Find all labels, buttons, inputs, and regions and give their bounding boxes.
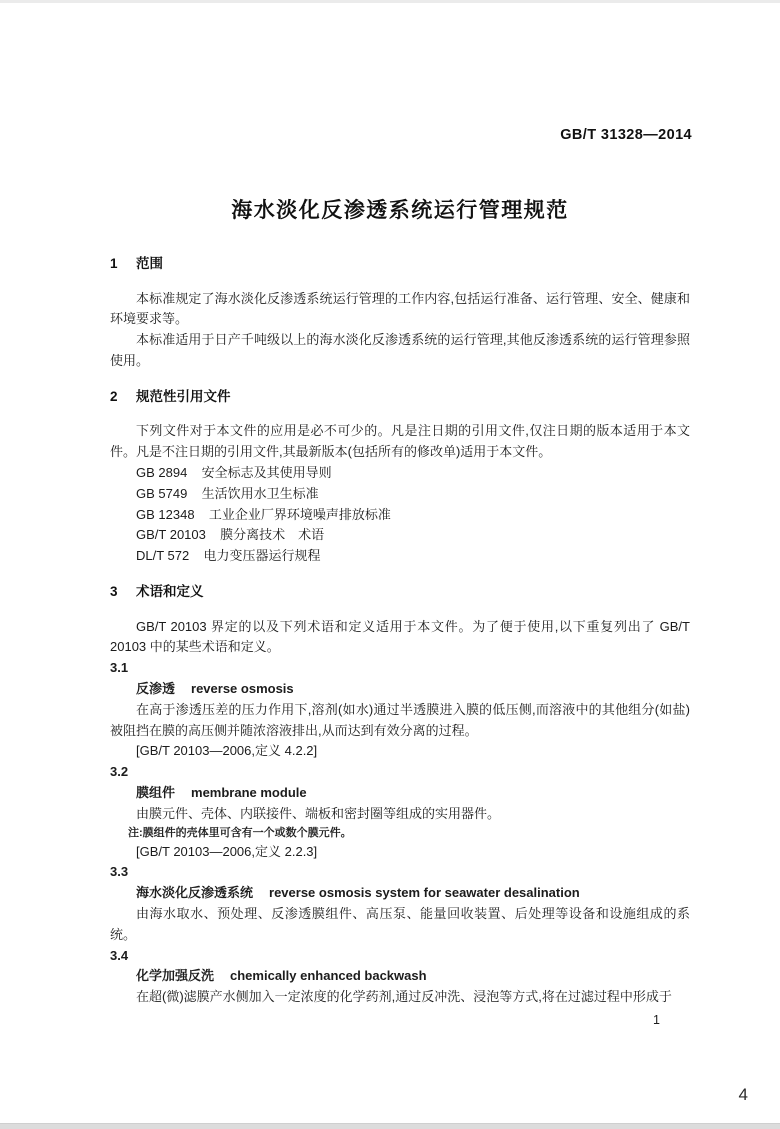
reference-item: DL/T 572电力变压器运行规程 xyxy=(110,546,690,567)
term-name-line: 膜组件membrane module xyxy=(110,783,690,804)
term-note: 注:膜组件的壳体里可含有一个或数个膜元件。 xyxy=(110,825,690,842)
scanned-page-number: 1 xyxy=(110,1010,690,1030)
term-name-cn: 膜组件 xyxy=(136,785,175,800)
term-name-line: 反渗透reverse osmosis xyxy=(110,679,690,700)
term-number: 3.1 xyxy=(110,658,690,679)
paragraph: 本标准适用于日产千吨级以上的海水淡化反渗透系统的运行管理,其他反渗透系统的运行管… xyxy=(110,330,690,372)
section-heading-scope: 1范围 xyxy=(110,253,690,275)
term-name-en: membrane module xyxy=(191,785,307,800)
reference-item: GB/T 20103膜分离技术 术语 xyxy=(110,525,690,546)
reference-item: GB 5749生活饮用水卫生标准 xyxy=(110,484,690,505)
term-entry: 3.2 膜组件membrane module 由膜元件、壳体、内联接件、端板和密… xyxy=(110,762,690,862)
term-entry: 3.4 化学加强反洗chemically enhanced backwash 在… xyxy=(110,946,690,1008)
term-name-cn: 反渗透 xyxy=(136,681,175,696)
term-definition: 由海水取水、预处理、反渗透膜组件、高压泵、能量回收装置、后处理等设备和设施组成的… xyxy=(110,904,690,946)
reference-item: GB 2894安全标志及其使用导则 xyxy=(110,463,690,484)
term-definition: 在高于渗透压差的压力作用下,溶剂(如水)通过半透膜进入膜的低压侧,而溶液中的其他… xyxy=(110,700,690,742)
section-label: 术语和定义 xyxy=(136,584,204,599)
section-number: 2 xyxy=(110,386,124,408)
paragraph: GB/T 20103 界定的以及下列术语和定义适用于本文件。为了便于使用,以下重… xyxy=(110,617,690,659)
document-body: 1范围 本标准规定了海水淡化反渗透系统运行管理的工作内容,包括运行准备、运行管理… xyxy=(110,253,690,1030)
document-title: 海水淡化反渗透系统运行管理规范 xyxy=(100,194,700,224)
document-page: GB/T 31328—2014 海水淡化反渗透系统运行管理规范 1范围 本标准规… xyxy=(0,0,780,1129)
term-name-cn: 化学加强反洗 xyxy=(136,968,214,983)
reference-code: GB/T 20103 xyxy=(136,527,206,542)
section-label: 范围 xyxy=(136,256,163,271)
term-definition: 由膜元件、壳体、内联接件、端板和密封圈等组成的实用器件。 xyxy=(110,804,690,825)
term-name-line: 化学加强反洗chemically enhanced backwash xyxy=(110,966,690,987)
section-heading-normative-references: 2规范性引用文件 xyxy=(110,386,690,408)
reference-code: GB 12348 xyxy=(136,507,195,522)
term-number: 3.2 xyxy=(110,762,690,783)
term-name-en: reverse osmosis xyxy=(191,681,294,696)
reference-code: GB 5749 xyxy=(136,486,187,501)
reference-item: GB 12348工业企业厂界环境噪声排放标准 xyxy=(110,505,690,526)
reference-title: 膜分离技术 术语 xyxy=(220,527,324,542)
reference-title: 电力变压器运行规程 xyxy=(204,548,321,563)
term-entry: 3.1 反渗透reverse osmosis 在高于渗透压差的压力作用下,溶剂(… xyxy=(110,658,690,762)
term-definition: 在超(微)滤膜产水侧加入一定浓度的化学药剂,通过反冲洗、浸泡等方式,将在过滤过程… xyxy=(110,987,690,1008)
book-page-number: 4 xyxy=(739,1085,748,1105)
term-source: [GB/T 20103—2006,定义 2.2.3] xyxy=(110,842,690,863)
reference-code: DL/T 572 xyxy=(136,548,189,563)
reference-code: GB 2894 xyxy=(136,465,187,480)
section-number: 1 xyxy=(110,253,124,275)
standard-number: GB/T 31328—2014 xyxy=(560,127,692,143)
section-label: 规范性引用文件 xyxy=(136,389,231,404)
term-name-cn: 海水淡化反渗透系统 xyxy=(136,885,253,900)
reference-title: 安全标志及其使用导则 xyxy=(202,465,332,480)
term-name-en: chemically enhanced backwash xyxy=(230,968,427,983)
term-name-line: 海水淡化反渗透系统reverse osmosis system for seaw… xyxy=(110,883,690,904)
term-number: 3.4 xyxy=(110,946,690,967)
section-number: 3 xyxy=(110,581,124,603)
term-number: 3.3 xyxy=(110,862,690,883)
paragraph: 本标准规定了海水淡化反渗透系统运行管理的工作内容,包括运行准备、运行管理、安全、… xyxy=(110,289,690,331)
term-name-en: reverse osmosis system for seawater desa… xyxy=(269,885,580,900)
paragraph: 下列文件对于本文件的应用是必不可少的。凡是注日期的引用文件,仅注日期的版本适用于… xyxy=(110,421,690,463)
page-bottom-edge xyxy=(0,1123,780,1129)
reference-title: 工业企业厂界环境噪声排放标准 xyxy=(209,507,391,522)
reference-title: 生活饮用水卫生标准 xyxy=(202,486,319,501)
section-heading-terms: 3术语和定义 xyxy=(110,581,690,603)
term-entry: 3.3 海水淡化反渗透系统reverse osmosis system for … xyxy=(110,862,690,945)
term-source: [GB/T 20103—2006,定义 4.2.2] xyxy=(110,741,690,762)
